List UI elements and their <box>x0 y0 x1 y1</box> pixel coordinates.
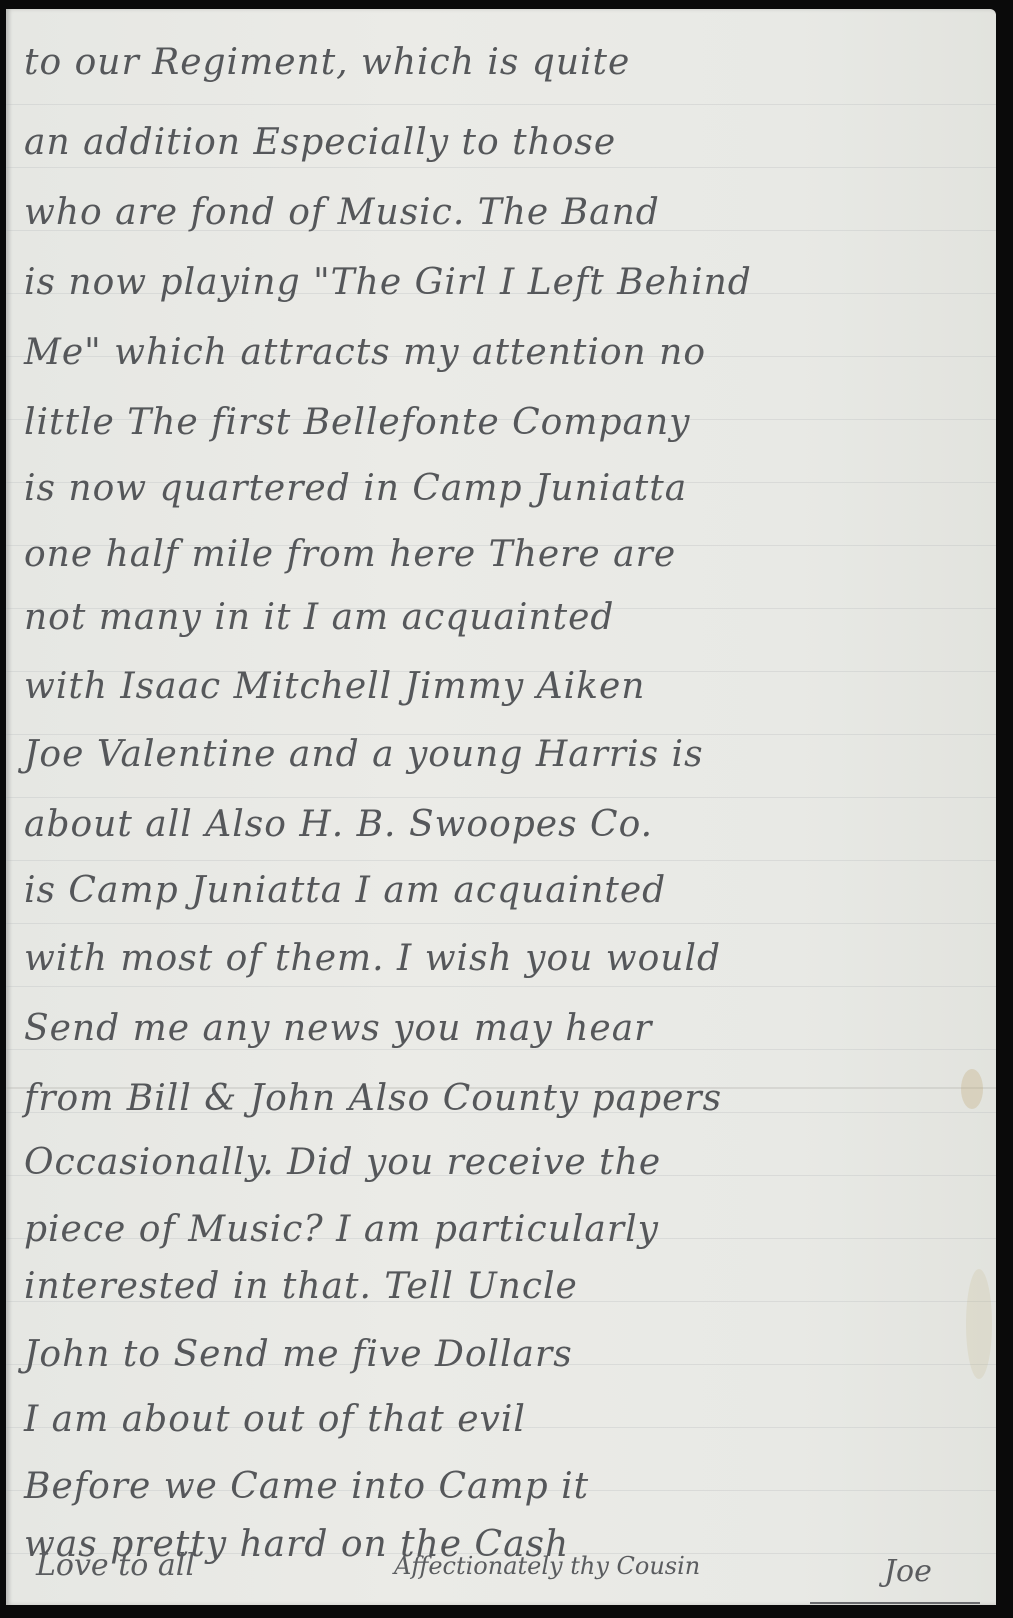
letter-line: with Isaac Mitchell Jimmy Aiken <box>24 662 984 712</box>
ruled-line <box>6 986 996 987</box>
letter-line: piece of Music? I am particularly <box>24 1205 984 1255</box>
ruled-line <box>6 104 996 105</box>
letter-line: is now quartered in Camp Juniatta <box>24 464 984 514</box>
letter-line: Occasionally. Did you receive the <box>24 1138 984 1188</box>
signature-flourish <box>810 1602 980 1604</box>
letter-line: John to Send me five Dollars <box>24 1330 984 1380</box>
letter-line: Send me any news you may hear <box>24 1004 984 1054</box>
letter-line: Before we Came into Camp it <box>24 1462 984 1512</box>
letter-line: I am about out of that evil <box>24 1395 984 1445</box>
letter-closing: Love to all Affectionately thy Cousin Jo… <box>24 1548 984 1598</box>
ruled-line <box>6 860 996 861</box>
letter-line: to our Regiment, which is quite <box>24 38 984 88</box>
letter-line: Me" which attracts my attention no <box>24 328 984 378</box>
letter-line: one half mile from here There are <box>24 530 984 580</box>
letter-line: is now playing "The Girl I Left Behind <box>24 258 984 308</box>
letter-line: with most of them. I wish you would <box>24 934 984 984</box>
letter-line: Joe Valentine and a young Harris is <box>24 730 984 780</box>
letter-line: an addition Especially to those <box>24 118 984 168</box>
ruled-line <box>6 797 996 798</box>
letter-line: little The first Bellefonte Company <box>24 398 984 448</box>
letter-line: interested in that. Tell Uncle <box>24 1262 984 1312</box>
closing-love: Love to all <box>36 1548 195 1583</box>
letter-line: about all Also H. B. Swoopes Co. <box>24 800 984 850</box>
letter-line: not many in it I am acquainted <box>24 593 984 643</box>
letter-line: who are fond of Music. The Band <box>24 188 984 238</box>
letter-line: is Camp Juniatta I am acquainted <box>24 866 984 916</box>
signature: Joe <box>884 1554 932 1589</box>
closing-valediction: Affectionately thy Cousin <box>394 1552 700 1580</box>
ruled-line <box>6 923 996 924</box>
letter-line: from Bill & John Also County papers <box>24 1074 984 1124</box>
